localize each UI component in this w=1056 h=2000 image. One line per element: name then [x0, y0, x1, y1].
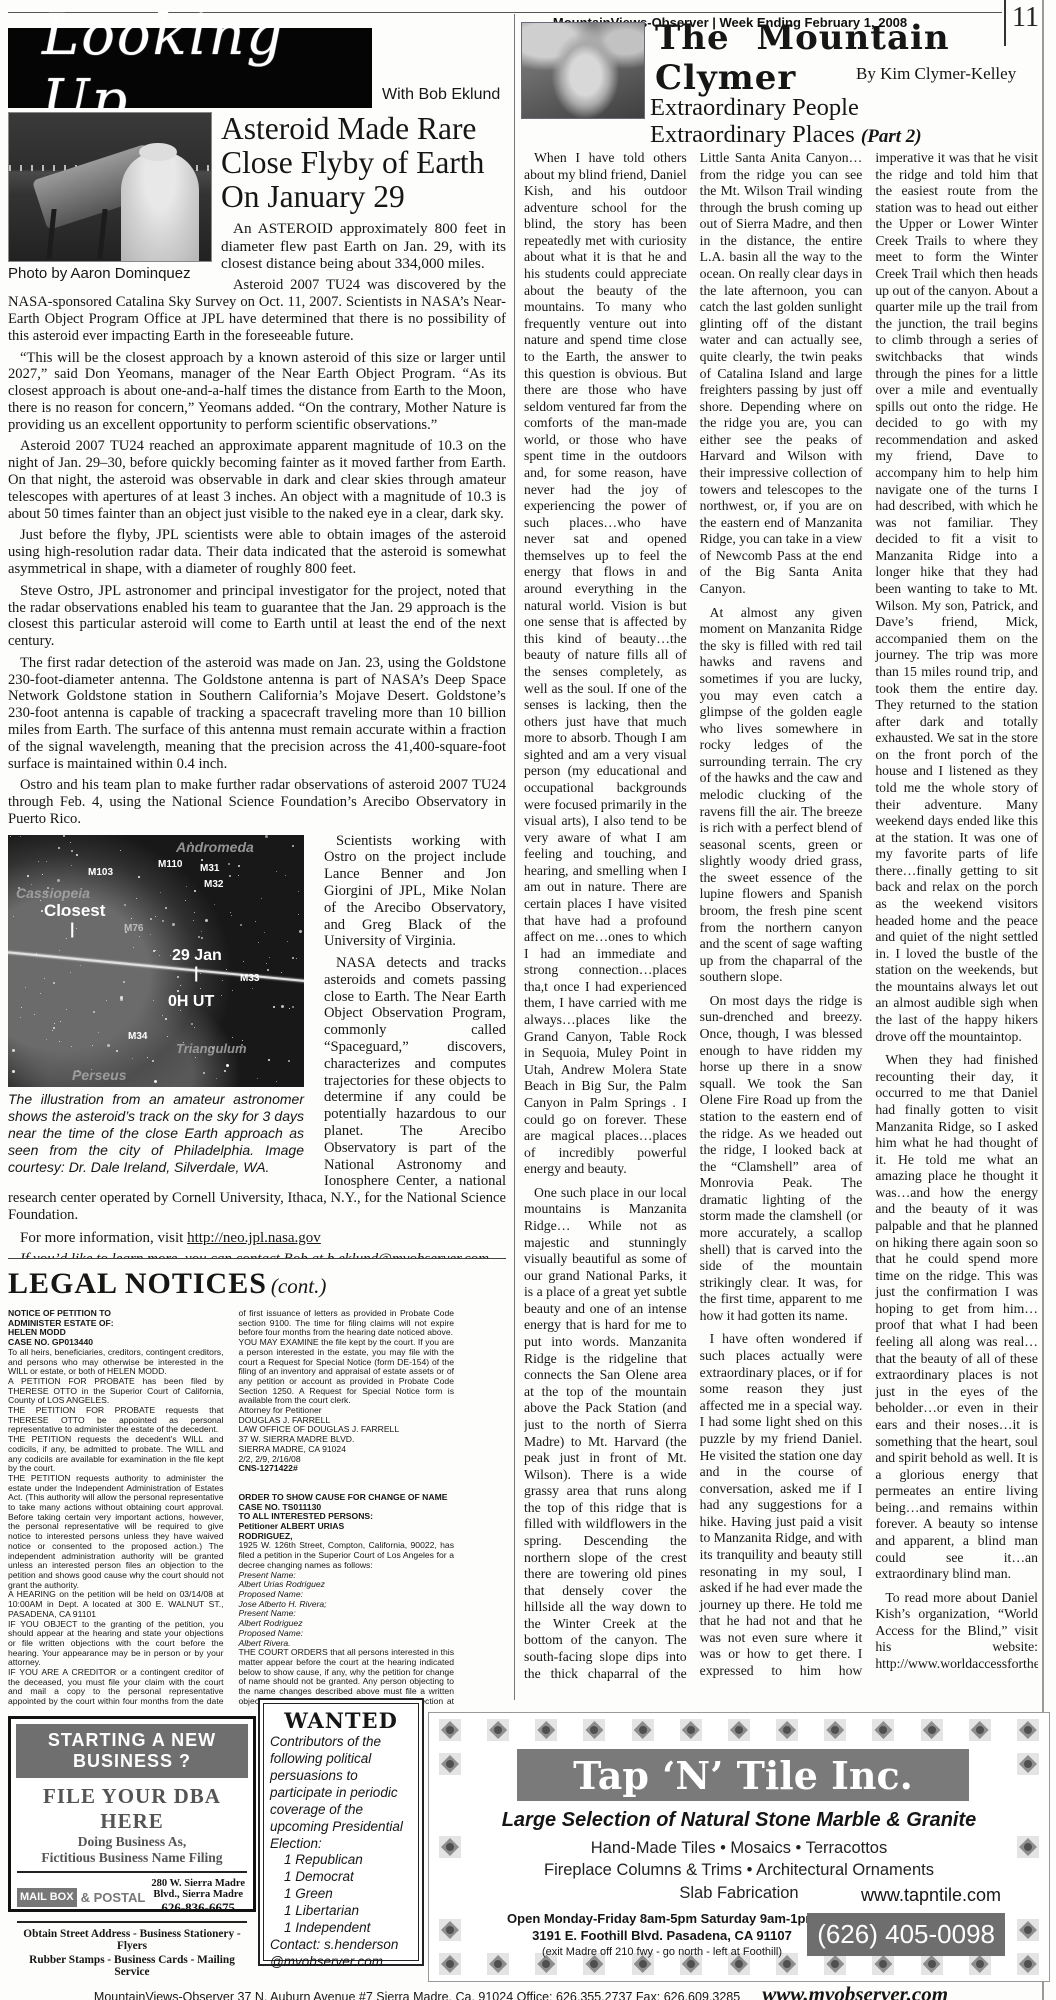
tile-ornament-row: [439, 1719, 1039, 1741]
person-figure: [121, 151, 199, 261]
footer-site-link[interactable]: www.mvobserver.com: [762, 1982, 948, 2000]
article-paragraph: Ostro and his team plan to make further …: [8, 777, 506, 827]
object-label-m76: M76: [124, 923, 143, 934]
telescope-tripod: [46, 209, 107, 259]
wanted-contact-line: Contact: s.henderson@mvobserver.com: [270, 1937, 412, 1971]
mountain-clymer-subtitle: Extraordinary People Extraordinary Place…: [650, 95, 922, 149]
wanted-item: 1 Green: [284, 1886, 412, 1903]
article-paragraph: Just before the flyby, JPL scientists we…: [8, 527, 506, 577]
page-number-divider: [1004, 0, 1006, 46]
contact-text: If you’d like to learn more, you can con…: [20, 1251, 327, 1258]
legal-columns: NOTICE OF PETITION TO ADMINISTER ESTATE …: [8, 1309, 454, 1713]
notice1-title: NOTICE OF PETITION TO ADMINISTER ESTATE …: [8, 1309, 224, 1348]
wanted-item: 1 Libertarian: [284, 1903, 412, 1920]
dba-ad-header: STARTING A NEW BUSINESS ?: [16, 1724, 248, 1778]
article-paragraph: To read more about Daniel Kish’s organiz…: [875, 1590, 1038, 1673]
more-info-text: For more information, visit: [20, 1230, 187, 1246]
more-info-line: For more information, visit http://neo.j…: [20, 1230, 506, 1247]
constellation-label-triangulum: Triangulum: [176, 1041, 247, 1056]
email-link[interactable]: b.eklund@mvobserver.com: [327, 1251, 489, 1258]
bob-photo-block: Photo by Aaron Dominquez: [8, 112, 212, 282]
object-label-m33: M33: [240, 973, 259, 984]
notice1-ref: CNS-1271422#: [239, 1464, 455, 1474]
dba-services1: Obtain Street Address - Business Station…: [11, 1928, 253, 1952]
star-chart: Cassiopeia Andromeda Triangulum Perseus …: [8, 835, 304, 1087]
looking-up-article: Photo by Aaron Dominquez Asteroid Made R…: [8, 112, 506, 1258]
contact-line: If you’d like to learn more, you can con…: [20, 1251, 506, 1258]
tap-hours-block: Open Monday-Friday 8am-5pm Saturday 9am-…: [497, 1911, 827, 1959]
article-paragraph: Asteroid 2007 TU24 reached an approximat…: [8, 438, 506, 522]
dba-phone: 626-836-6675: [161, 1900, 235, 1915]
chart-caption: The illustration from an amateur astrono…: [8, 1091, 304, 1176]
annotation-time: 0H UT: [168, 993, 214, 1011]
object-label-m110: M110: [158, 859, 182, 870]
tap-hours: Open Monday-Friday 8am-5pm Saturday 9am-…: [497, 1911, 827, 1928]
mailbox-logo: MAIL BOX: [17, 1888, 77, 1907]
mountain-clymer-title-line1: The Mountain: [655, 18, 950, 58]
footer-info: MountainViews-Observer 37 N. Auburn Aven…: [94, 1990, 740, 2000]
wanted-body: Contributors of the following political …: [270, 1734, 412, 1852]
mountain-clymer-title-line2: Clymer: [655, 58, 796, 98]
annotation-date: 29 Jan: [172, 947, 222, 965]
notice2-title: ORDER TO SHOW CAUSE FOR CHANGE OF NAME C…: [239, 1493, 455, 1542]
object-label-m103: M103: [88, 867, 113, 878]
page-edge-rule: [1042, 0, 1044, 2000]
object-label-m34: M34: [128, 1031, 147, 1042]
object-label-m31: M31: [200, 863, 219, 874]
constellation-label-andromeda: Andromeda: [176, 839, 254, 855]
page-footer: MountainViews-Observer 37 N. Auburn Aven…: [0, 1982, 1042, 2000]
photo-credit: Photo by Aaron Dominquez: [8, 265, 212, 282]
article-paragraph: Asteroid 2007 TU24 was discovered by the…: [8, 277, 506, 344]
tap-address: 3191 E. Foothill Blvd. Pasadena, CA 9110…: [497, 1928, 827, 1945]
looking-up-banner: Looking Up: [8, 28, 372, 108]
subtitle-line2: Extraordinary Places (Part 2): [650, 122, 922, 149]
constellation-label-cassiopeia: Cassiopeia: [16, 885, 90, 901]
dba-ad-sub2: Fictitious Business Name Filing: [11, 1850, 253, 1866]
dba-ad-title: FILE YOUR DBA HERE: [11, 1784, 253, 1834]
notice2-body1: 1925 W. 126th Street, Compton, Californi…: [239, 1541, 455, 1570]
dba-street: 280 W. Sierra Madre Blvd., Sierra Madre: [151, 1878, 245, 1900]
wanted-ad: WANTED Contributors of the following pol…: [258, 1698, 424, 1966]
tile-ornament-column: [1017, 1753, 1039, 1941]
tile-ornament-column: [439, 1753, 461, 1941]
dba-services2: Rubber Stamps - Business Cards - Mailing…: [11, 1954, 253, 1978]
divider: [17, 1921, 247, 1923]
annotation-closest: Closest: [44, 901, 105, 921]
article-paragraph: The first radar detection of the asteroi…: [8, 655, 506, 772]
dba-address: 280 W. Sierra Madre Blvd., Sierra Madre …: [149, 1878, 247, 1916]
tap-n-tile-ad[interactable]: Tap ‘N’ Tile Inc. Large Selection of Nat…: [428, 1712, 1050, 1982]
postal-label: & POSTAL: [81, 1890, 146, 1905]
subtitle-line2-text: Extraordinary Places: [650, 121, 861, 148]
article-paragraph: When they had finished recounting their …: [875, 1052, 1038, 1583]
constellation-label-perseus: Perseus: [72, 1067, 126, 1083]
tap-n-tile-banner: Tap ‘N’ Tile Inc.: [517, 1749, 969, 1801]
wanted-item: 1 Republican: [284, 1852, 412, 1869]
legal-heading-cont: (cont.): [271, 1274, 326, 1298]
divider: [17, 1871, 247, 1873]
wanted-contact-label: Contact:: [270, 1937, 324, 1952]
wanted-item: 1 Democrat: [284, 1869, 412, 1886]
column-divider: [514, 14, 515, 1700]
tap-phone: (626) 405-0098: [807, 1913, 1005, 1956]
person-cap: [139, 143, 177, 161]
article-paragraph: Steve Ostro, JPL astronomer and principa…: [8, 583, 506, 650]
newspaper-page: MountainViews-Observer | Week Ending Feb…: [0, 0, 1056, 2000]
article-paragraph: At almost any given moment on Manzanita …: [700, 605, 863, 986]
page-number: 11: [1012, 2, 1039, 34]
telescope-photo: [8, 112, 212, 262]
article-paragraph: “This will be the closest approach by a …: [8, 350, 506, 434]
notice2-names: Present Name: Albert Urias Rodriguez Pro…: [239, 1571, 455, 1649]
object-label-m32: M32: [204, 879, 223, 890]
legal-heading: LEGAL NOTICES: [8, 1267, 267, 1300]
mountain-clymer-byline: By Kim Clymer-Kelley: [856, 64, 1016, 84]
dba-ad-sub1: Doing Business As,: [11, 1834, 253, 1850]
article-paragraph: When I have told others about my blind f…: [524, 150, 687, 1178]
wanted-list: 1 Republican 1 Democrat 1 Green 1 Libert…: [284, 1852, 412, 1936]
wanted-ad-inner: WANTED Contributors of the following pol…: [263, 1703, 419, 1961]
star-chart-block: Cassiopeia Andromeda Triangulum Perseus …: [8, 835, 314, 1176]
tap-website-link[interactable]: www.tapntile.com: [861, 1885, 1001, 1906]
dba-filing-ad[interactable]: STARTING A NEW BUSINESS ? FILE YOUR DBA …: [8, 1716, 256, 1912]
wanted-title: WANTED: [270, 1708, 412, 1734]
kim-portrait-photo: [521, 22, 645, 119]
tap-line2: Fireplace Columns & Trims • Architectura…: [489, 1859, 989, 1881]
tap-directions: (exit Madre off 210 fwy - go north - lef…: [497, 1945, 827, 1959]
tap-tagline: Large Selection of Natural Stone Marble …: [489, 1809, 989, 1832]
looking-up-byline: With Bob Eklund: [382, 86, 500, 104]
mountain-clymer-article: When I have told others about my blind f…: [524, 150, 1038, 1704]
article-paragraph: On most days the ridge is sun-drenched a…: [700, 993, 863, 1325]
tap-line1: Hand-Made Tiles • Mosaics • Terracottos: [489, 1837, 989, 1859]
wanted-item: 1 Independent: [284, 1920, 412, 1937]
dba-ad-contact-row: MAIL BOX & POSTAL 280 W. Sierra Madre Bl…: [11, 1878, 253, 1916]
subtitle-line1: Extraordinary People: [650, 95, 922, 122]
legal-notices-section: LEGAL NOTICES (cont.) NOTICE OF PETITION…: [8, 1258, 508, 1713]
asteroid-track-line: [8, 951, 304, 983]
subtitle-part-label: (Part 2): [861, 126, 922, 147]
legal-rule: [8, 1258, 506, 1259]
neo-jpl-link[interactable]: http://neo.jpl.nasa.gov: [187, 1230, 321, 1246]
